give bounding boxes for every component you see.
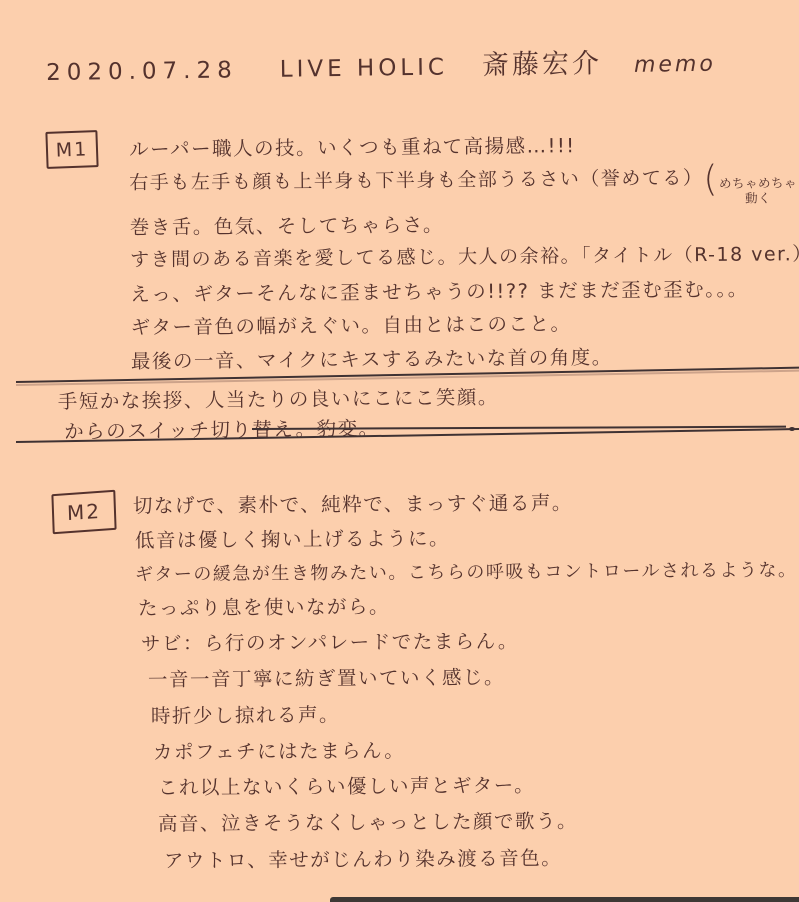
m2-line-7: 時折少し掠れる声。 — [151, 699, 340, 728]
m2-line-9: これ以上ないくらい優しい声とギター。 — [158, 770, 535, 801]
m2-section-label: M2 — [51, 490, 116, 534]
m2-line-4: たっぷり息を使いながら。 — [138, 591, 390, 621]
paren-open: ( — [703, 158, 719, 199]
stack-bottom-text: 動く — [745, 190, 771, 205]
m2-line-5: サビ：ら行のオンパレードでたまらん。 — [141, 626, 519, 657]
memo-label: memo — [634, 52, 716, 78]
m2-label-text: M2 — [67, 499, 102, 525]
m2-line-8: カポフェチにはたまらん。 — [153, 735, 405, 765]
m1-line-4: すき間のある音楽を愛してる感じ。大人の余裕。「タイトル（R-18 ver.）」 — [130, 238, 799, 278]
interlude-line-1: 手短かな挨拶、人当たりの良いにこにこ笑顔。 — [58, 383, 499, 418]
m2-line-6: 一音一音丁寧に紡ぎ置いていく感じ。 — [148, 662, 505, 692]
m1-section-label: M1 — [45, 130, 98, 169]
m1-line-2-main: 右手も左手も顔も上半身も下半身も全部うるさい（誉めてる） — [129, 167, 703, 194]
m2-line-2: 低音は優しく掬い上げるように。 — [135, 523, 450, 553]
memo-date: 2020.07.28 — [46, 57, 238, 86]
m2-line-3: ギターの緩急が生き物みたい。こちらの呼吸もコントロールされるような。 — [135, 556, 798, 587]
event-title: LIVE HOLIC — [280, 54, 449, 82]
m1-line-2-stacked-note: めちゃめちゃ動く — [719, 175, 797, 206]
artist-name: 斎藤宏介 — [482, 41, 603, 82]
m1-line-5: えっ、ギターそんなに歪ませちゃうの!!?? まだまだ歪む歪む。。。 — [130, 271, 799, 311]
m2-line-10: 高音、泣きそうなくしゃっとした顔で歌う。 — [158, 806, 578, 837]
m1-notes: ルーパー職人の技。いくつも重ねて高揚感…!!! 右手も左手も顔も上半身も下半身も… — [129, 127, 799, 378]
stack-top-text: めちゃめちゃ — [719, 175, 797, 191]
photo-edge-strip — [330, 897, 799, 902]
m2-line-1: 切なげで、素朴で、純粋で、まっすぐ通る声。 — [133, 487, 573, 518]
m1-label-text: M1 — [55, 138, 88, 161]
m2-line-11: アウトロ、幸せがじんわり染み渡る音色。 — [164, 843, 562, 874]
memo-header: 2020.07.28 LIVE HOLIC 斎藤宏介 memo — [46, 39, 766, 88]
interlude-line-2: からのスイッチ切り替え。豹変。 — [64, 413, 499, 448]
handwritten-memo-page: 2020.07.28 LIVE HOLIC 斎藤宏介 memo M1 ルーパー職… — [0, 0, 799, 902]
m1-line-2: 右手も左手も顔も上半身も下半身も全部うるさい（誉めてる）(めちゃめちゃ動く) — [129, 160, 799, 210]
